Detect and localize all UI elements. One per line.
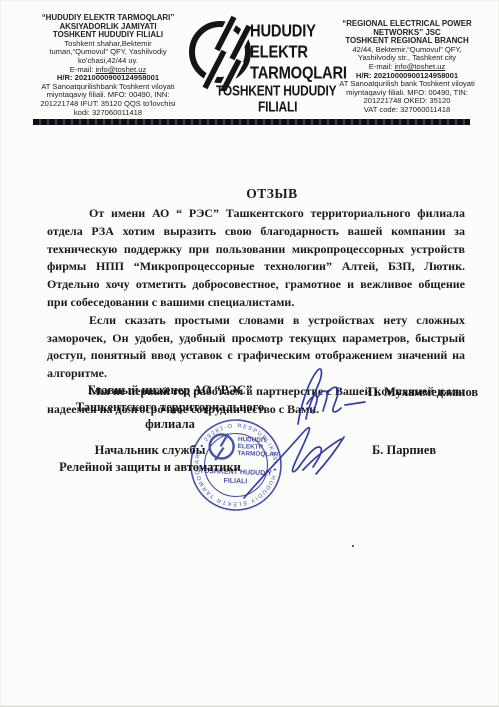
signer-name: П. Мухаммеджанов xyxy=(368,385,478,400)
signer-name: Б. Парпиев xyxy=(372,443,436,458)
scanned-letter-page: “HUDUDIY ELEKTR TARMOQLARI” AKSIYADORLIK… xyxy=(0,0,499,707)
brand-word: HUDUDIY xyxy=(250,22,316,42)
stamp-brand-word: TARMOQLAR xyxy=(237,450,279,458)
brand-branch-word: TOSHKENT HUDUDIY xyxy=(216,82,336,99)
stamp-branch-word: FILIALI xyxy=(223,478,247,486)
signer-role-line: Главный инженер АО “РЭС” xyxy=(55,382,285,399)
paragraph: От имени АО “ РЭС” Ташкентского территор… xyxy=(47,205,465,312)
brand-word: ELEKTR xyxy=(250,43,308,63)
header-separator-bar xyxy=(33,119,470,125)
company-lightning-logo-icon xyxy=(189,13,255,91)
scan-artifact-speck xyxy=(352,545,354,547)
header-left-column: “HUDUDIY ELEKTR TARMOQLARI” AKSIYADORLIK… xyxy=(30,14,186,117)
document-title: ОТЗЫВ xyxy=(63,186,481,202)
company-round-stamp: RESPUBLIKASI ♦ HUDUDIY ELEKTR TARMOQLARI… xyxy=(188,415,284,515)
tax-line: kodi: 327060011418 xyxy=(30,109,186,118)
header-right-column: “REGIONAL ELECTRICAL POWER NETWORKS” JSC… xyxy=(328,20,486,115)
brand-branch-word: FILIALI xyxy=(258,98,297,115)
tax-line: VAT code: 327060011418 xyxy=(328,106,486,115)
paragraph: Если сказать простыми словами в устройст… xyxy=(47,312,465,383)
email-address: info@toshet.uz xyxy=(394,62,445,71)
stamp-branch-word: TOSHKENT HUDUDIY xyxy=(200,468,273,478)
email-label: E-mail: xyxy=(369,62,393,71)
